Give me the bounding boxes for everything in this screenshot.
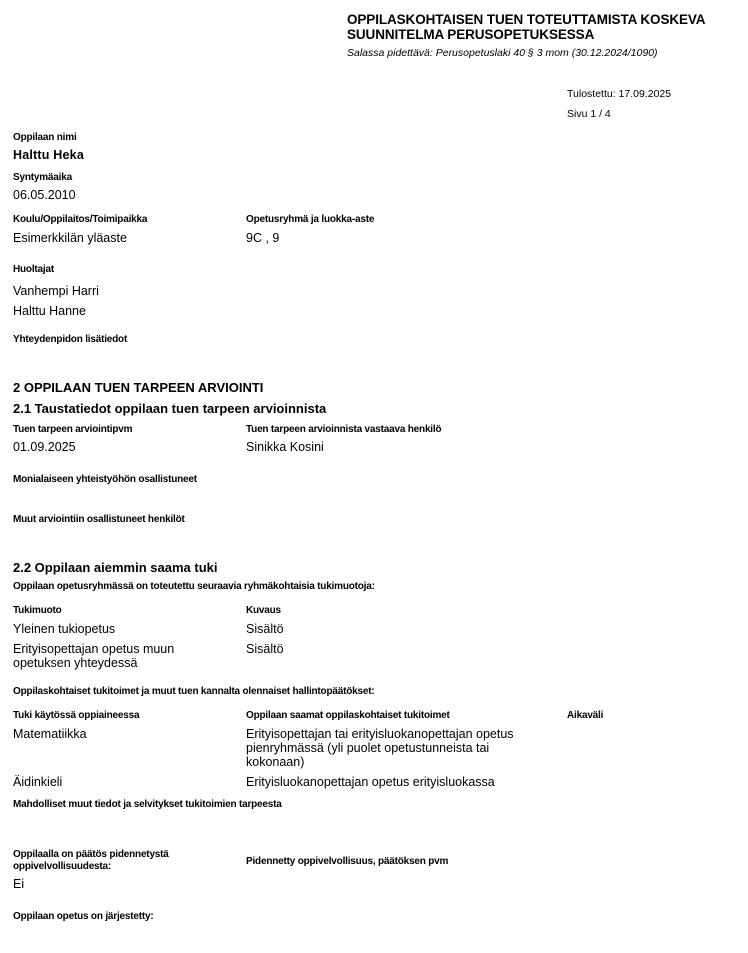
extended-compulsory-value: Ei [13,877,24,891]
other-participants-label: Muut arviointiin osallistuneet henkilöt [13,514,185,525]
education-arranged-label: Oppilaan opetus on järjestetty: [13,911,154,922]
table-header: Tuki käytössä oppiaineessa [13,710,139,721]
contact-info-label: Yhteydenpidon lisätiedot [13,334,127,345]
printed-date: Tulostettu: 17.09.2025 [567,88,671,100]
extended-decision-date-label: Pidennetty oppivelvollisuus, päätöksen p… [246,856,448,867]
other-info-label: Mahdolliset muut tiedot ja selvitykset t… [13,799,282,810]
student-name: Halttu Heka [13,148,84,162]
document-title: OPPILASKOHTAISEN TUEN TOTEUTTAMISTA KOSK… [347,12,737,42]
section-2-1-heading: 2.1 Taustatiedot oppilaan tuen tarpeen a… [13,401,326,416]
group-support-intro: Oppilaan opetusryhmässä on toteutettu se… [13,581,375,592]
table-cell: Erityisluokanopettajan opetus erityisluo… [246,775,495,789]
guardian-item: Halttu Hanne [13,304,86,318]
birth-date-label: Syntymäaika [13,172,72,183]
table-cell: Matematiikka [13,727,87,741]
section-2-heading: 2 OPPILAAN TUEN TARPEEN ARVIOINTI [13,380,263,395]
school-value: Esimerkkilän yläaste [13,231,127,245]
confidentiality-note: Salassa pidettävä: Perusopetuslaki 40 § … [347,47,658,59]
document-title-line1: OPPILASKOHTAISEN TUEN TOTEUTTAMISTA KOSK… [347,12,737,27]
table-cell: Äidinkieli [13,775,62,789]
student-name-label: Oppilaan nimi [13,132,77,143]
group-label: Opetusryhmä ja luokka-aste [246,214,374,225]
multi-professional-label: Monialaiseen yhteistyöhön osallistuneet [13,474,197,485]
table-cell: Erityisopettajan tai erityisluokanopetta… [246,727,551,769]
document-title-line2: SUUNNITELMA PERUSOPETUKSESSA [347,27,737,42]
table-header: Aikaväli [567,710,603,721]
table-header: Kuvaus [246,605,281,616]
page-number: Sivu 1 / 4 [567,108,611,120]
table-cell: Erityisopettajan opetus muun opetuksen y… [13,642,213,670]
individual-support-intro: Oppilaskohtaiset tukitoimet ja muut tuen… [13,686,375,697]
extended-compulsory-label: Oppilaalla on päätös pidennetystä oppive… [13,849,213,873]
guardian-item: Vanhempi Harri [13,284,99,298]
birth-date: 06.05.2010 [13,188,76,202]
table-cell: Yleinen tukiopetus [13,622,115,636]
table-cell: Sisältö [246,622,284,636]
table-header: Tukimuoto [13,605,62,616]
table-header: Oppilaan saamat oppilaskohtaiset tukitoi… [246,710,450,721]
assessment-date: 01.09.2025 [13,440,76,454]
school-label: Koulu/Oppilaitos/Toimipaikka [13,214,147,225]
responsible-person-label: Tuen tarpeen arvioinnista vastaava henki… [246,424,441,435]
guardians-label: Huoltajat [13,264,54,275]
group-value: 9C , 9 [246,231,279,245]
assessment-date-label: Tuen tarpeen arviointipvm [13,424,132,435]
table-cell: Sisältö [246,642,284,656]
section-2-2-heading: 2.2 Oppilaan aiemmin saama tuki [13,560,217,575]
responsible-person: Sinikka Kosini [246,440,324,454]
